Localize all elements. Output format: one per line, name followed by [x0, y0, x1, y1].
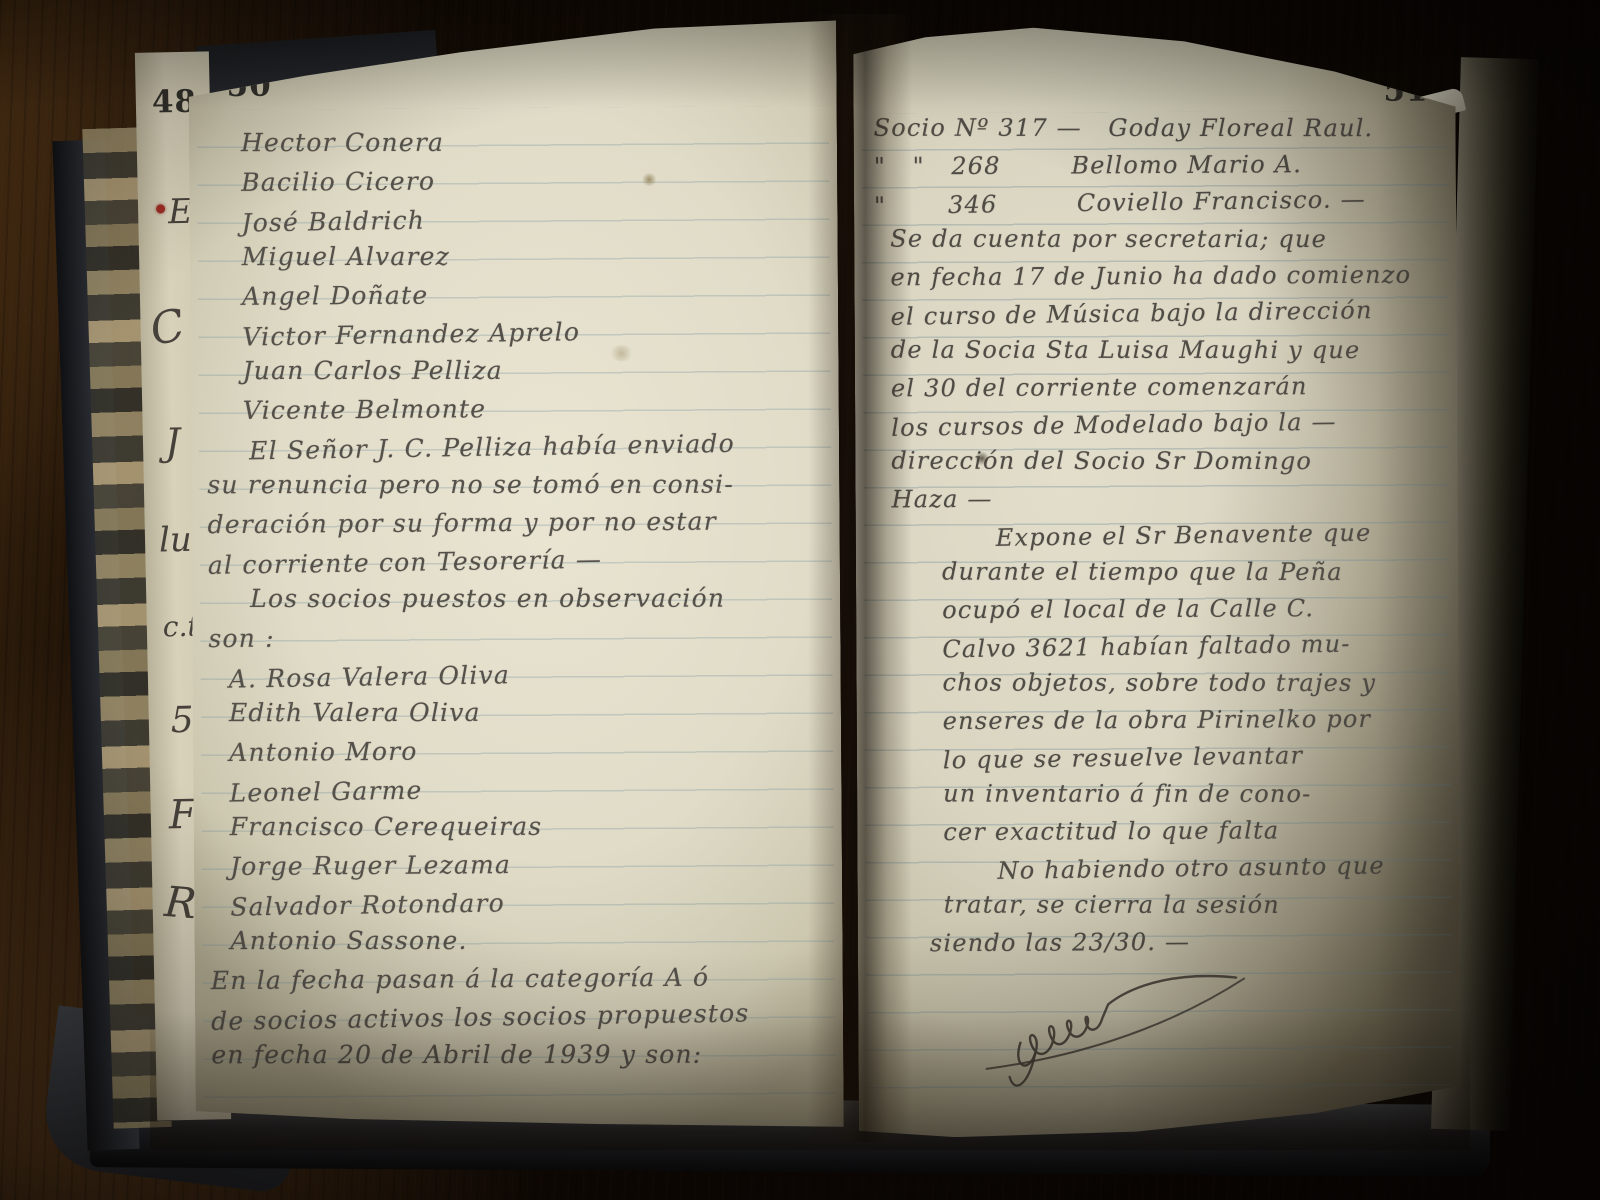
handwritten-line: Haza —: [891, 478, 1457, 518]
handwritten-line: en fecha 20 de Abril de 1939 y son:: [211, 1036, 843, 1075]
handwritten-line: los cursos de Modelado bajo la —: [891, 402, 1457, 447]
handwritten-line: durante el tiempo que la Peña: [942, 554, 1458, 591]
red-dot-mark: [156, 204, 165, 213]
handwritten-line: Los socios puestos en observación: [250, 580, 840, 619]
right-page-51: 51 Socio Nº 317 — Goday Floreal Raul." "…: [853, 24, 1461, 1137]
handwritten-line: El Señor J. C. Pelliza había enviado: [249, 423, 840, 470]
signature-flourish: [968, 945, 1299, 1097]
handwritten-line: en fecha 17 de Junio ha dado comienzo: [890, 256, 1456, 296]
handwritten-line: No habiendo otro asunto que: [997, 846, 1459, 889]
handwritten-line: Victor Fernandez Aprelo: [242, 309, 839, 356]
handwritten-line: enseres de la obra Pirinelko por: [943, 700, 1459, 740]
writing-fragment: lu: [159, 520, 193, 561]
handwritten-line: su renuncia pero no se tomó en consi-: [207, 466, 839, 505]
handwritten-line: Leonel Garme: [229, 765, 842, 813]
handwritten-line: Edith Valera Oliva: [229, 694, 841, 733]
handwritten-line: al corriente con Tesorería —: [208, 537, 841, 585]
handwritten-line: Francisco Cerequeiras: [230, 808, 842, 847]
handwritten-line: el curso de Música bajo la dirección: [890, 291, 1456, 336]
handwritten-line: de la Socia Sta Luisa Maughi y que: [891, 332, 1457, 369]
handwritten-line: " 346 Coviello Francisco. —: [874, 180, 1456, 225]
handwritten-line: Calvo 3621 habían faltado mu-: [942, 624, 1458, 668]
handwritten-line: de socios activos los socios propuestos: [211, 993, 844, 1041]
handwritten-line: chos objetos, sobre todo trajes y: [943, 665, 1459, 702]
handwritten-line: lo que se resuelve levantar: [943, 735, 1459, 779]
writing-fragment: R: [163, 877, 199, 928]
ledger-photo: 48 ECJluc.t5FR 50 Hector ConeraBacilio C…: [0, 0, 1600, 1200]
handwritten-line: Salvador Rotondaro: [230, 879, 843, 927]
right-page-handwriting: Socio Nº 317 — Goday Floreal Raul." " 26…: [854, 108, 1460, 962]
left-page-50: 50 Hector ConeraBacilio CiceroJosé Baldr…: [188, 14, 844, 1140]
writing-fragment: 5: [170, 700, 194, 741]
handwritten-line: el 30 del corriente comenzarán: [891, 367, 1457, 407]
writing-fragment: F: [168, 792, 197, 839]
handwritten-line: Hector Conera: [241, 124, 837, 163]
writing-fragment: C: [146, 299, 189, 356]
handwritten-line: un inventario á fin de cono-: [943, 776, 1459, 813]
handwritten-line: Juan Carlos Pelliza: [243, 352, 839, 391]
handwritten-line: cer exactitud lo que falta: [943, 811, 1459, 851]
handwritten-line: " " 268 Bellomo Mario A.: [874, 145, 1456, 185]
handwritten-line: Expone el Sr Benavente que: [996, 513, 1458, 556]
handwritten-line: ocupó el local de la Calle C.: [942, 589, 1458, 629]
writing-fragment: J: [165, 420, 181, 464]
handwritten-line: Socio Nº 317 — Goday Floreal Raul.: [874, 110, 1456, 148]
handwritten-line: Se da cuenta por secretaria; que: [890, 221, 1456, 258]
handwritten-line: Antonio Sassone.: [231, 922, 843, 961]
handwritten-line: tratar, se cierra la sesión: [944, 887, 1460, 924]
handwritten-line: Miguel Alvarez: [242, 238, 838, 277]
handwritten-line: A. Rosa Valera Oliva: [228, 651, 841, 699]
handwritten-line: dirección del Socio Sr Domingo: [891, 443, 1457, 480]
left-page-handwriting: Hector ConeraBacilio CiceroJosé Baldrich…: [189, 122, 844, 1077]
handwritten-line: José Baldrich: [241, 195, 838, 242]
